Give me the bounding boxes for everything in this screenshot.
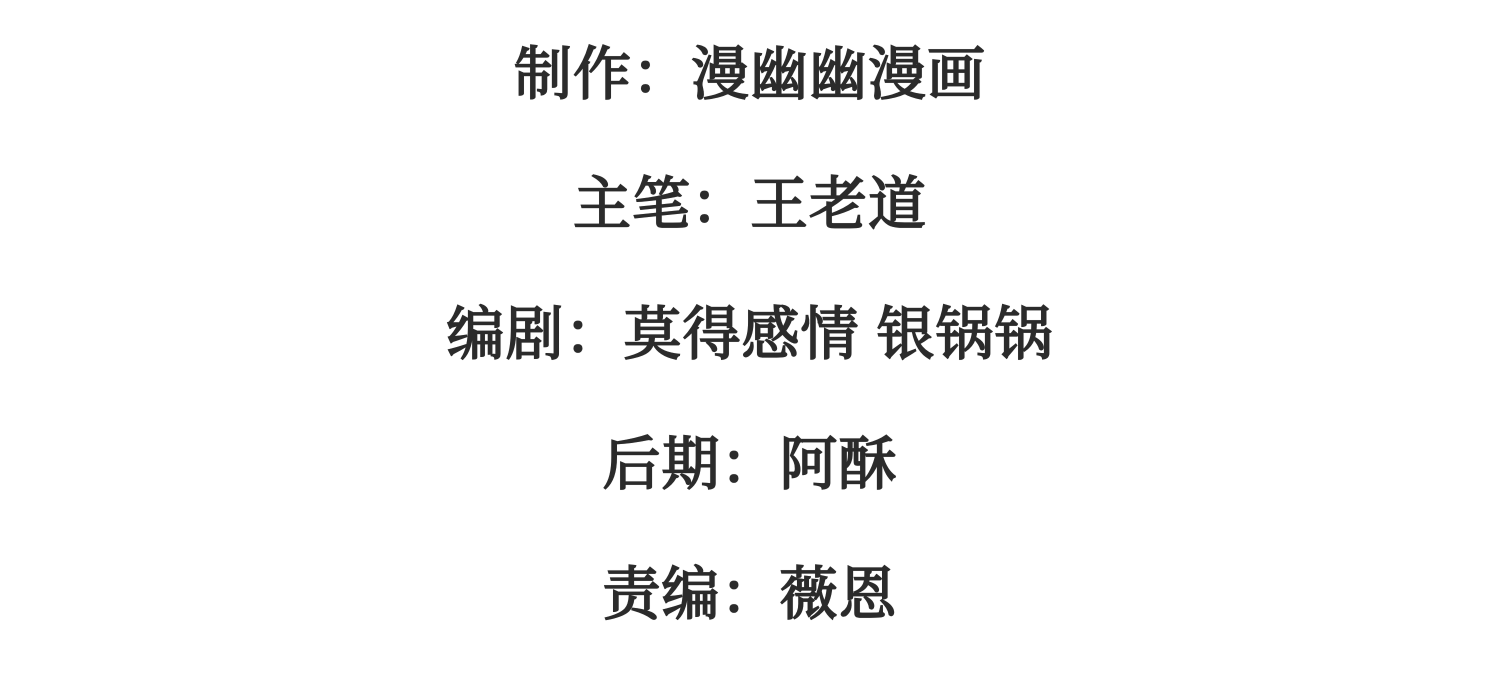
credit-line-editor: 责编：薇恩	[602, 566, 897, 624]
credit-line-post-production: 后期：阿酥	[602, 436, 897, 494]
credit-line-production: 制作：漫幽幽漫画	[514, 46, 986, 104]
credits-page: 制作：漫幽幽漫画 主笔：王老道 编剧：莫得感情 银锅锅 后期：阿酥 责编：薇恩	[0, 0, 1500, 700]
credit-line-screenwriter: 编剧：莫得感情 银锅锅	[446, 306, 1053, 364]
credit-line-lead-artist: 主笔：王老道	[573, 176, 927, 234]
